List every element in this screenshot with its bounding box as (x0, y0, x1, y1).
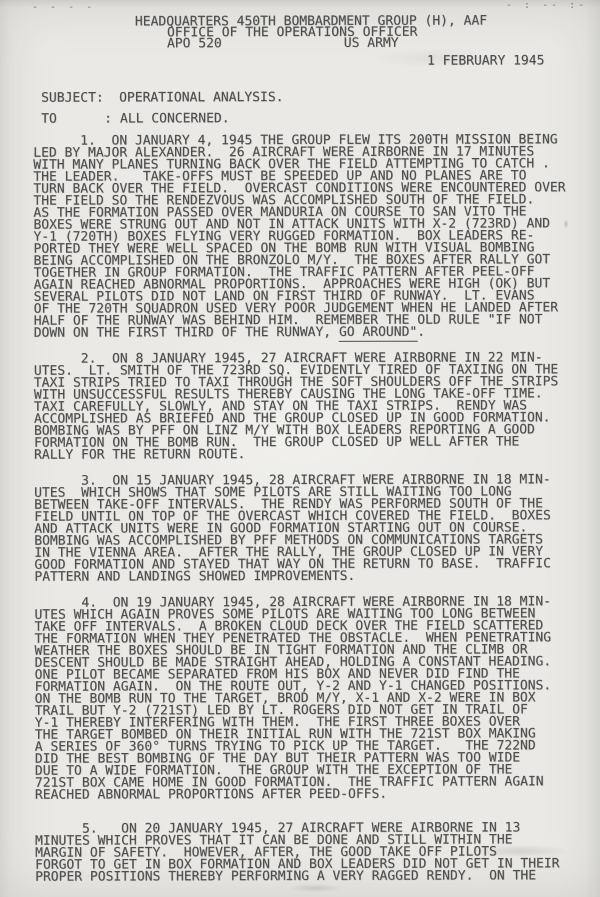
document-line: REACHED ABNORMAL PROPORTIONS AFTER PEED-… (35, 788, 600, 801)
to-line: TO:ALL CONCERNED. (41, 112, 599, 125)
document-paragraph: 4. ON 19 JANUARY 1945, 28 AIRCRAFT WERE … (34, 596, 600, 801)
document-paragraph: 1. ON JANUARY 4, 1945 THE GROUP FLEW ITS… (33, 134, 600, 339)
document-paragraph: 2. ON 8 JANUARY 1945, 27 AIRCRAFT WERE A… (34, 352, 600, 461)
document-paragraph: 3. ON 15 JANUARY 1945, 28 AIRCRAFT WERE … (34, 474, 600, 583)
document-body: 1. ON JANUARY 4, 1945 THE GROUP FLEW ITS… (33, 134, 600, 883)
subject-label: SUBJECT: (41, 93, 104, 105)
document-line: PATTERN AND LANDINGS SHOWED IMPROVEMENTS… (34, 570, 600, 583)
to-separator: : (104, 111, 112, 126)
line-text: DOWN ON THE FIRST THIRD OF THE RUNWAY, (34, 325, 339, 341)
army-label: US ARMY (344, 38, 399, 49)
document-line: DOWN ON THE FIRST THIRD OF THE RUNWAY, G… (34, 326, 600, 339)
underlined-phrase: GO AROUND" (339, 325, 417, 342)
address-line: APO 520US ARMY (167, 37, 599, 49)
document-line: PROPER POSITIONS THEREBY PERFORMING A VE… (35, 870, 600, 883)
apo-number: APO 520 (167, 36, 222, 51)
line-text: . (417, 325, 425, 340)
subject-line: SUBJECT:OPERATIONAL ANALYSIS. (41, 91, 599, 104)
document-content: HEADQUARTERS 450TH BOMBARDMENT GROUP (H)… (0, 0, 600, 884)
to-label: TO (41, 114, 104, 126)
document-line: RALLY FOR THE RETURN ROUTE. (34, 448, 600, 461)
document-letterhead: HEADQUARTERS 450TH BOMBARDMENT GROUP (H)… (0, 15, 599, 50)
document-date: 1 FEBRUARY 1945 (427, 55, 599, 67)
to-value: ALL CONCERNED. (120, 111, 230, 126)
document-paragraph: 5. ON 20 JANUARY 1945, 27 AIRCRAFT WERE … (35, 822, 600, 883)
subject-value: OPERATIONAL ANALYSIS. (119, 90, 283, 105)
document-page: - - - - - : -- :- HEADQUARTERS 450TH BOM… (0, 0, 600, 897)
